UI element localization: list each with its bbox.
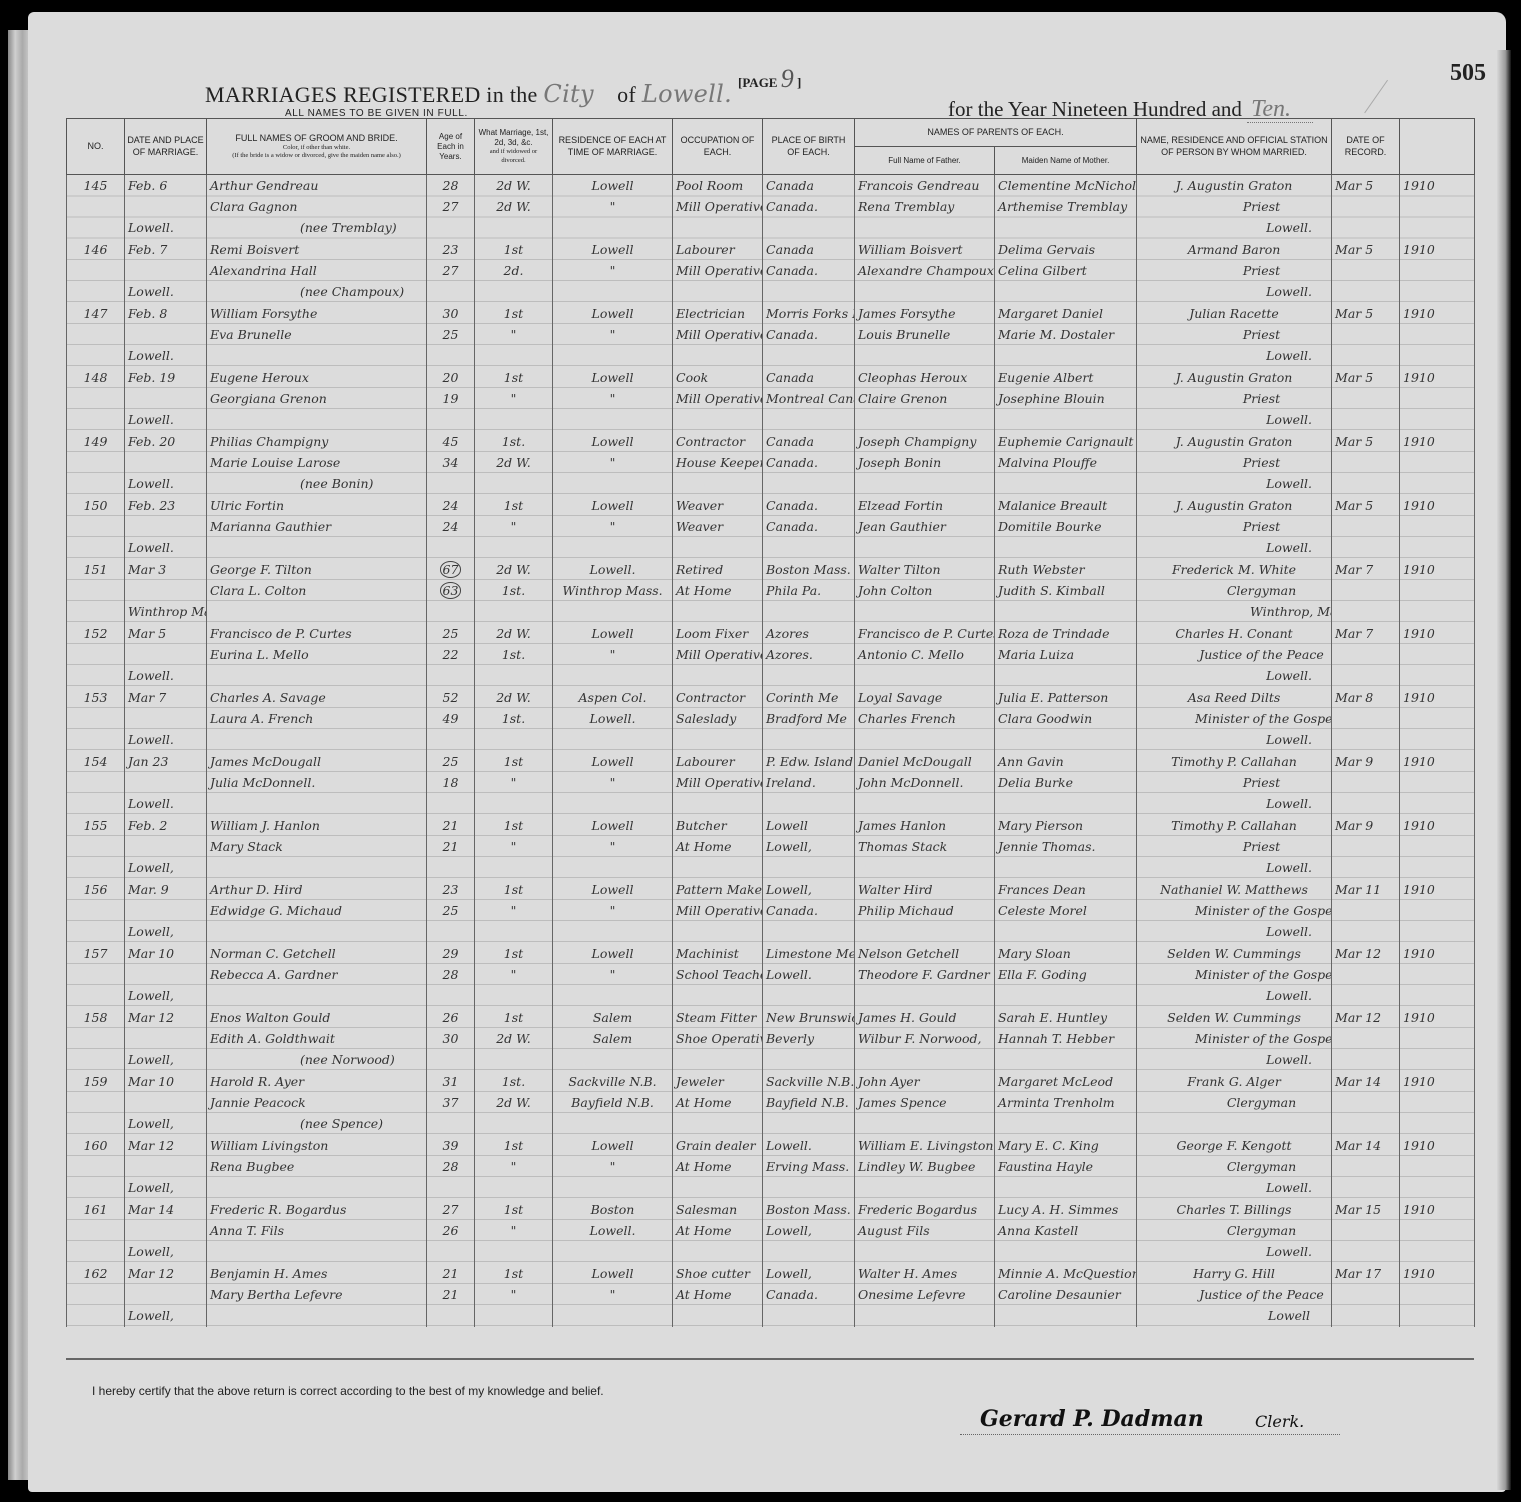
res-g: Salem [556,1007,669,1028]
signature-line: Gerard P. Dadman Clerk. [960,1408,1340,1435]
officiant: George F. KengottClergymanLowell. [1137,1135,1332,1199]
groom: Benjamin H. Ames [210,1263,423,1284]
mother-b: Hannah T. Hebber [998,1028,1133,1049]
occ-g: Labourer [676,239,759,260]
birthplaces: CanadaMontreal Canada. [763,367,855,431]
date-place: Mar 10Lowell, [125,1071,207,1135]
record-year: 1910 [1400,751,1475,815]
entry-number: 153 [67,687,125,751]
groom-bride-names: James McDougallJulia McDonnell. [207,751,427,815]
birthplaces: Corinth MeBradford Me [763,687,855,751]
register-entry-row: 150Feb. 23Lowell.Ulric FortinMarianna Ga… [67,495,1475,559]
father-b: Onesime Lefevre [858,1284,991,1305]
age-b: 28 [430,964,471,985]
rec-year: 1910 [1403,687,1471,708]
record-date: Mar 17 [1332,1263,1400,1327]
wm-b: " [478,772,549,793]
record-date: Mar 8 [1332,687,1400,751]
record-date: Mar 12 [1332,1007,1400,1071]
col-officiant: Name, Residence and Official Station of … [1137,119,1332,175]
mother-g: Mary Sloan [998,943,1133,964]
date: Mar 3 [128,559,203,580]
off3: Lowell. [1140,793,1328,814]
marriage-order: 1st.2d W. [475,1071,553,1135]
occ-b: Mill Operative [676,644,759,665]
entry-number: 154 [67,751,125,815]
clerk-title: Clerk. [1255,1412,1304,1431]
rec-year: 1910 [1403,303,1471,324]
table-bottom-rule [66,1358,1474,1360]
bride-maiden [210,921,423,942]
record-date: Mar 11 [1332,879,1400,943]
occupations: Steam FitterShoe Operative [673,1007,763,1071]
residences: Lowell" [553,303,673,367]
groom-bride-names: Philias ChampignyMarie Louise Larose(nee… [207,431,427,495]
birth-b: Beverly [766,1028,851,1049]
mother-maiden-names: Mary SloanElla F. Goding [995,943,1137,1007]
groom: Arthur D. Hird [210,879,423,900]
rec-year: 1910 [1403,367,1471,388]
ages: 2424 [427,495,475,559]
bride-maiden [210,729,423,750]
birthplaces: New BrunswickBeverly [763,1007,855,1071]
date: Feb. 2 [128,815,203,836]
col-no: No. [67,119,125,175]
bride-maiden [210,409,423,430]
father-b: Claire Grenon [858,388,991,409]
bride: Anna T. Fils [210,1220,423,1241]
page-label: [PAGE 9 ] [738,64,801,94]
age-g: 67 [430,559,471,580]
record-year: 1910 [1400,175,1475,240]
marriage-order: 1st" [475,1263,553,1327]
place: Lowell, [128,857,203,878]
occ-b: Shoe Operative [676,1028,759,1049]
officiant: Harry G. HillJustice of the PeaceLowell [1137,1263,1332,1327]
place: Lowell, [128,1113,203,1134]
res-b: " [556,388,669,409]
father-names: Francois GendreauRena Tremblay [855,175,995,240]
no: 148 [70,367,121,388]
bride: Laura A. French [210,708,423,729]
father-g: Walter Hird [858,879,991,900]
father-b: Thomas Stack [858,836,991,857]
place: Lowell, [128,1177,203,1198]
age-g: 30 [430,303,471,324]
bride-maiden: (nee Tremblay) [210,217,423,238]
groom-bride-names: Remi BoisvertAlexandrina Hall(nee Champo… [207,239,427,303]
officiant: Frederick M. WhiteClergymanWinthrop, Mas… [1137,559,1332,623]
clerk-signature: Gerard P. Dadman [980,1406,1204,1432]
marriage-order: 1st" [475,303,553,367]
bride-maiden [210,793,423,814]
col-names-note1: Color, if other than white. [209,144,424,152]
wm-g: 2d W. [478,175,549,196]
bride-maiden [210,985,423,1006]
record-year: 1910 [1400,879,1475,943]
register-entry-row: 147Feb. 8Lowell.William ForsytheEva Brun… [67,303,1475,367]
occupations: ContractorHouse Keeper [673,431,763,495]
rec: Mar 12 [1335,1007,1396,1028]
occ-g: Labourer [676,751,759,772]
bride: Marianna Gauthier [210,516,423,537]
res-b: Salem [556,1028,669,1049]
spacer [128,836,203,857]
rec: Mar 5 [1335,239,1396,260]
spacer [128,1028,203,1049]
ages: 2019 [427,367,475,431]
date-place: Feb. 8Lowell. [125,303,207,367]
father-b: Theodore F. Gardner [858,964,991,985]
record-year: 1910 [1400,687,1475,751]
birth-b: Montreal Canada. [766,388,851,409]
occ-b: Mill Operative [676,324,759,345]
ledger-right-edge [1497,50,1511,1490]
off1: Asa Reed Dilts [1140,687,1328,708]
officiant: Timothy P. CallahanPriestLowell. [1137,815,1332,879]
wm-b: 1st. [478,708,549,729]
col-occupation: Occupation of Each. [673,119,763,175]
rec: Mar 5 [1335,431,1396,452]
entry-number: 159 [67,1071,125,1135]
res-g: Lowell [556,943,669,964]
col-age: Age of Each in Years. [427,119,475,175]
res-g: Lowell [556,623,669,644]
age-g: 27 [430,1199,471,1220]
groom-bride-names: Harold R. AyerJannie Peacock(nee Spence) [207,1071,427,1135]
marriage-order: 2d W.1st. [475,687,553,751]
age-b: 34 [430,452,471,473]
birthplaces: CanadaCanada. [763,175,855,240]
rec-year: 1910 [1403,431,1471,452]
res-b: " [556,1156,669,1177]
ages: 2522 [427,623,475,687]
date: Jan 23 [128,751,203,772]
res-b: " [556,452,669,473]
groom-bride-names: William LivingstonRena Bugbee [207,1135,427,1199]
wm-b: " [478,900,549,921]
bride: Eva Brunelle [210,324,423,345]
birth-b: Canada. [766,900,851,921]
place: Lowell, [128,921,203,942]
res-g: Lowell [556,879,669,900]
father-names: Daniel McDougallJohn McDonnell. [855,751,995,815]
res-g: Lowell [556,367,669,388]
birthplaces: AzoresAzores. [763,623,855,687]
record-year: 1910 [1400,1135,1475,1199]
birthplaces: Canada.Canada. [763,495,855,559]
bride-maiden [210,345,423,366]
date-place: Mar 3Winthrop Mass. [125,559,207,623]
entry-number: 150 [67,495,125,559]
mother-g: Ann Gavin [998,751,1133,772]
age-g: 21 [430,815,471,836]
register-entry-row: 146Feb. 7Lowell.Remi BoisvertAlexandrina… [67,239,1475,303]
marriage-order: 1st2d W. [475,1007,553,1071]
occ-g: Grain dealer [676,1135,759,1156]
birthplaces: Lowell,Canada. [763,879,855,943]
father-b: Rena Tremblay [858,196,991,217]
father-b: August Fils [858,1220,991,1241]
father-b: Philip Michaud [858,900,991,921]
father-b: Louis Brunelle [858,324,991,345]
off1: J. Augustin Graton [1140,495,1328,516]
occupations: ElectricianMill Operative [673,303,763,367]
occupations: ContractorSaleslady [673,687,763,751]
father-b: Joseph Bonin [858,452,991,473]
occ-b: Mill Operative [676,260,759,281]
marriage-order: 1st" [475,815,553,879]
no: 153 [70,687,121,708]
off1: Selden W. Cummings [1140,943,1328,964]
occupations: Pool RoomMill Operative [673,175,763,240]
date-place: Mar 12Lowell, [125,1263,207,1327]
entry-number: 156 [67,879,125,943]
birthplaces: Sackville N.B.Bayfield N.B. [763,1071,855,1135]
col-wm-label: What Marriage, 1st, 2d, 3d, &c. [479,128,549,147]
birth-g: Corinth Me [766,687,851,708]
off3: Lowell [1140,1305,1328,1326]
birth-b: Canada. [766,452,851,473]
ages: 2928 [427,943,475,1007]
col-what-marriage: What Marriage, 1st, 2d, 3d, &c.and if wi… [475,119,553,175]
col-parents: Names of Parents of Each. [855,119,1137,147]
mother-maiden-names: Sarah E. HuntleyHannah T. Hebber [995,1007,1137,1071]
age-b: 37 [430,1092,471,1113]
col-blank [1400,119,1475,175]
place: Lowell. [128,345,203,366]
date-place: Feb. 19Lowell. [125,367,207,431]
col-mother: Maiden Name of Mother. [995,147,1137,175]
res-b: " [556,964,669,985]
occupations: ButcherAt Home [673,815,763,879]
off3 [1140,1113,1328,1134]
res-b: Lowell. [556,708,669,729]
entry-number: 162 [67,1263,125,1327]
wm-g: 1st [478,239,549,260]
birth-g: Boston Mass. [766,1199,851,1220]
rec-year: 1910 [1403,1263,1471,1284]
res-g: Lowell [556,815,669,836]
date-place: Mar 10Lowell, [125,943,207,1007]
residences: Aspen Col.Lowell. [553,687,673,751]
occ-b: Mill Operative [676,388,759,409]
residences: Lowell" [553,495,673,559]
father-g: John Ayer [858,1071,991,1092]
father-names: James HanlonThomas Stack [855,815,995,879]
birth-b: Canada. [766,260,851,281]
rec: Mar 9 [1335,751,1396,772]
date-place: Mar 12Lowell, [125,1135,207,1199]
date-place: Feb. 6Lowell. [125,175,207,240]
spacer [128,580,203,601]
occ-b: At Home [676,1156,759,1177]
mother-g: Ruth Webster [998,559,1133,580]
occupations: Grain dealerAt Home [673,1135,763,1199]
bride: Eurina L. Mello [210,644,423,665]
rec: Mar 17 [1335,1263,1396,1284]
rec: Mar 5 [1335,303,1396,324]
wm-b: 2d W. [478,1028,549,1049]
occupations: Pattern MakerMill Operative [673,879,763,943]
occ-g: Retired [676,559,759,580]
groom-bride-names: George F. TiltonClara L. Colton [207,559,427,623]
age-b: 22 [430,644,471,665]
bride-maiden: (nee Bonin) [210,473,423,494]
mother-g: Julia E. Patterson [998,687,1133,708]
birth-g: Canada [766,175,851,196]
off2: Priest [1140,452,1328,473]
father-g: Francisco de P. Curtes [858,623,991,644]
birthplaces: Lowell.Erving Mass. [763,1135,855,1199]
rec: Mar 5 [1335,495,1396,516]
father-g: James Forsythe [858,303,991,324]
bride: Jannie Peacock [210,1092,423,1113]
mother-b: Arthemise Tremblay [998,196,1133,217]
title-prefix: MARRIAGES REGISTERED in the [205,82,538,107]
groom-bride-names: Francisco de P. CurtesEurina L. Mello [207,623,427,687]
residences: Lowell" [553,751,673,815]
certification-statement: I hereby certify that the above return i… [92,1384,604,1398]
groom: Francisco de P. Curtes [210,623,423,644]
off3: Lowell. [1140,921,1328,942]
bride: Alexandrina Hall [210,260,423,281]
municipality-name: Lowell. [642,80,732,108]
res-g: Sackville N.B. [556,1071,669,1092]
groom-bride-names: Benjamin H. AmesMary Bertha Lefevre [207,1263,427,1327]
father-b: Jean Gauthier [858,516,991,537]
birth-b: Lowell, [766,836,851,857]
date: Feb. 20 [128,431,203,452]
occ-g: Weaver [676,495,759,516]
officiant: Frank G. AlgerClergyman [1137,1071,1332,1135]
mother-b: Anna Kastell [998,1220,1133,1241]
off1: Armand Baron [1140,239,1328,260]
date: Mar 12 [128,1007,203,1028]
occupations: WeaverWeaver [673,495,763,559]
mother-b: Caroline Desaunier [998,1284,1133,1305]
father-names: Walter TiltonJohn Colton [855,559,995,623]
bride-maiden: (nee Champoux) [210,281,423,302]
marriage-order: 1st" [475,879,553,943]
occ-b: At Home [676,836,759,857]
ages: 4534 [427,431,475,495]
place: Lowell. [128,409,203,430]
spacer [128,708,203,729]
father-names: Joseph ChampignyJoseph Bonin [855,431,995,495]
residences: Lowell" [553,815,673,879]
res-b: " [556,644,669,665]
off3: Lowell. [1140,409,1328,430]
occ-b: Mill Operative [676,772,759,793]
father-b: John McDonnell. [858,772,991,793]
officiant: Timothy P. CallahanPriestLowell. [1137,751,1332,815]
entry-number: 149 [67,431,125,495]
groom: Ulric Fortin [210,495,423,516]
rec-year: 1910 [1403,495,1471,516]
mother-b: Malvina Plouffe [998,452,1133,473]
mother-maiden-names: Eugenie AlbertJosephine Blouin [995,367,1137,431]
no: 147 [70,303,121,324]
record-year: 1910 [1400,559,1475,623]
off2: Priest [1140,772,1328,793]
birthplaces: Lowell,Canada. [763,1263,855,1327]
register-entry-row: 158Mar 12Lowell,Enos Walton GouldEdith A… [67,1007,1475,1071]
marriage-order: 2d W.1st. [475,623,553,687]
occ-g: Cook [676,367,759,388]
wm-b: " [478,964,549,985]
officiant: Selden W. CummingsMinister of the Gospel… [1137,1007,1332,1071]
place: Lowell. [128,665,203,686]
record-year: 1910 [1400,815,1475,879]
birthplaces: LowellLowell, [763,815,855,879]
date: Feb. 6 [128,175,203,196]
occupations: Loom FixerMill Operative [673,623,763,687]
date: Mar 10 [128,1071,203,1092]
register-entry-row: 152Mar 5Lowell.Francisco de P. CurtesEur… [67,623,1475,687]
father-names: James ForsytheLouis Brunelle [855,303,995,367]
marriage-order: 1st.2d W. [475,431,553,495]
off2: Priest [1140,196,1328,217]
register-entry-row: 156Mar. 9Lowell,Arthur D. HirdEdwidge G.… [67,879,1475,943]
father-g: Frederic Bogardus [858,1199,991,1220]
rec-year: 1910 [1403,239,1471,260]
no: 150 [70,495,121,516]
father-b: John Colton [858,580,991,601]
groom-bride-names: Norman C. GetchellRebecca A. Gardner [207,943,427,1007]
mother-g: Roza de Trindade [998,623,1133,644]
wm-b: " [478,1220,549,1241]
rec: Mar 15 [1335,1199,1396,1220]
mother-maiden-names: Frances DeanCeleste Morel [995,879,1137,943]
father-names: Walter HirdPhilip Michaud [855,879,995,943]
age-b: 21 [430,1284,471,1305]
ages: 3025 [427,303,475,367]
off3: Lowell. [1140,281,1328,302]
off1: Charles T. Billings [1140,1199,1328,1220]
bride-maiden [210,601,423,622]
bride: Marie Louise Larose [210,452,423,473]
father-names: Francisco de P. CurtesAntonio C. Mello [855,623,995,687]
ages: 2121 [427,815,475,879]
birth-b: Bradford Me [766,708,851,729]
bride: Edwidge G. Michaud [210,900,423,921]
date: Mar 7 [128,687,203,708]
officiant: J. Augustin GratonPriestLowell. [1137,367,1332,431]
wm-b: " [478,836,549,857]
col-names-label: Full Names of Groom and Bride. [235,133,397,143]
occupations: RetiredAt Home [673,559,763,623]
no: 158 [70,1007,121,1028]
wm-b: 1st. [478,580,549,601]
off1: Frank G. Alger [1140,1071,1328,1092]
place: Lowell. [128,537,203,558]
birth-g: Morris Forks N.Y. [766,303,851,324]
place: Lowell. [128,281,203,302]
father-names: Frederic BogardusAugust Fils [855,1199,995,1263]
rec-year: 1910 [1403,815,1471,836]
entry-number: 145 [67,175,125,240]
father-g: Francois Gendreau [858,175,991,196]
age-b: 49 [430,708,471,729]
age-b: 18 [430,772,471,793]
ages: 2726 [427,1199,475,1263]
spacer [128,644,203,665]
age-g: 31 [430,1071,471,1092]
residences: Lowell" [553,175,673,240]
residences: SalemSalem [553,1007,673,1071]
groom-bride-names: Eugene HerouxGeorgiana Grenon [207,367,427,431]
